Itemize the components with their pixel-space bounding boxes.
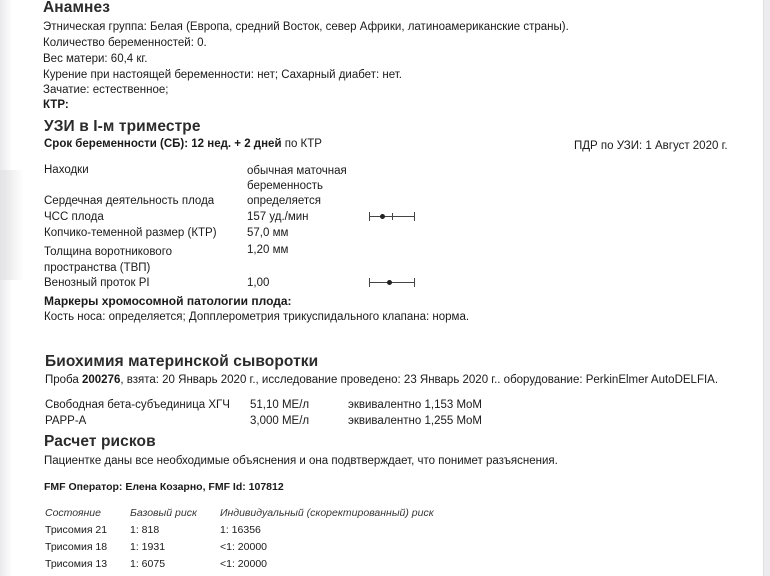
markers-title: Маркеры хромосомной патологии плода:: [44, 294, 292, 308]
fmf-operator: FMF Оператор: Елена Козарно, FMF Id: 107…: [44, 481, 284, 493]
risk-row-t18-condition: Трисомия 18: [45, 541, 107, 553]
ethnic-group: Этническая группа: Белая (Европа, средни…: [43, 21, 569, 33]
mother-weight: Вес матери: 60,4 кг.: [43, 53, 147, 65]
nt-label: Толщина воротникового пространства (ТВП): [44, 244, 214, 276]
pappa-value: 3,000 МЕ/л: [250, 415, 309, 427]
heart-activity-value: определяется: [247, 195, 321, 207]
risk-row-t13-individual: <1: 20000: [220, 558, 267, 570]
risk-header-base: Базовый риск: [130, 507, 197, 519]
ultrasound-title: УЗИ в I-м триместре: [44, 118, 201, 136]
risk-row-t21-individual: 1: 16356: [220, 524, 261, 536]
fhr-value: 157 уд./мин: [247, 211, 309, 223]
gestation-age: Срок беременности (СБ): 12 нед. + 2 дней…: [44, 138, 322, 150]
findings-label: Находки: [44, 164, 89, 176]
nt-value: 1,20 мм: [247, 244, 288, 256]
page-edge-shadow-left: [0, 0, 12, 576]
hcg-mom: эквивалентно 1,153 MoM: [348, 399, 482, 411]
crl-value: 57,0 мм: [247, 227, 288, 239]
ductus-venosus-value: 1,00: [247, 277, 269, 289]
pregnancy-count: Количество беременностей: 0.: [43, 37, 207, 49]
ktr-label: КТР:: [43, 99, 69, 111]
biochemistry-title: Биохимия материнской сыворотки: [45, 353, 318, 371]
risk-row-t21-condition: Трисомия 21: [45, 524, 107, 536]
anamnesis-title: Анамнез: [43, 0, 110, 17]
risk-row-t18-individual: <1: 20000: [220, 541, 267, 553]
risk-row-t21-base: 1: 818: [130, 524, 159, 536]
fhr-range-indicator: [369, 212, 415, 221]
pappa-label: PAPP-A: [45, 415, 86, 427]
heart-activity-label: Сердечная деятельность плода: [44, 195, 214, 207]
markers-text: Кость носа: определяется; Допплерометрия…: [44, 311, 469, 323]
due-date: ПДР по УЗИ: 1 Август 2020 г.: [574, 140, 728, 152]
page-edge-right: [763, 0, 770, 576]
ductus-venosus-label: Венозный проток PI: [44, 277, 150, 289]
pappa-mom: эквивалентно 1,255 MoM: [348, 415, 482, 427]
risk-row-t13-condition: Трисомия 13: [45, 558, 107, 570]
hcg-label: Свободная бета-субъединица ХГЧ: [45, 399, 230, 411]
hcg-value: 51,10 МЕ/л: [250, 399, 309, 411]
sample-details: , взята: 20 Январь 2020 г., исследование…: [120, 374, 718, 386]
gestation-age-method: по КТР: [282, 138, 322, 150]
sample-id: 200276: [82, 374, 120, 386]
risk-explanation: Пациентке даны все необходимые объяснени…: [44, 455, 558, 467]
smoking-diabetes: Курение при настоящей беременности: нет;…: [43, 69, 402, 81]
findings-value: обычная маточная беременность: [247, 164, 362, 194]
conception: Зачатие: естественное;: [43, 84, 168, 96]
crl-label: Копчико-теменной размер (КТР): [44, 227, 217, 239]
risk-row-t13-base: 1: 6075: [130, 558, 165, 570]
gestation-age-value: Срок беременности (СБ): 12 нед. + 2 дней: [44, 138, 282, 150]
sample-info: Проба 200276, взята: 20 Январь 2020 г., …: [45, 374, 718, 386]
sample-prefix: Проба: [45, 374, 82, 386]
risk-header-condition: Состояние: [45, 507, 101, 519]
ductus-venosus-range-indicator: [369, 278, 415, 287]
page-fold-shadow: [0, 170, 24, 280]
risk-title: Расчет рисков: [44, 433, 156, 451]
risk-row-t18-base: 1: 1931: [130, 541, 165, 553]
risk-header-individual: Индивидуальный (скоректированный) риск: [220, 507, 434, 519]
fhr-label: ЧСС плода: [44, 211, 104, 223]
